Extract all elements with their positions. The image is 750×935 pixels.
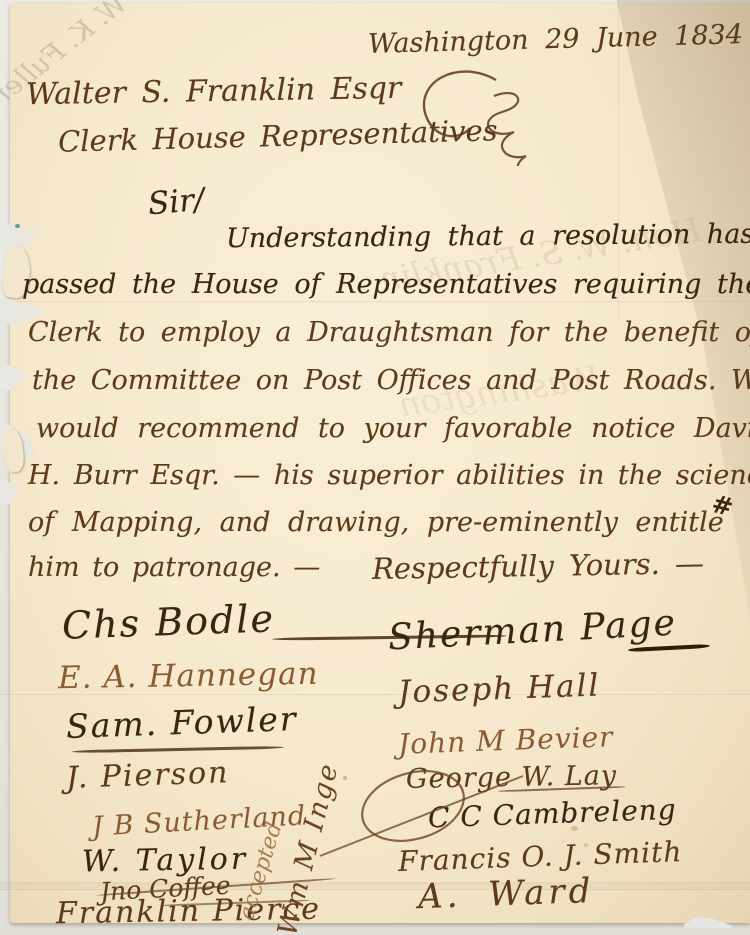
- body-line-1: Understanding that a resolution has: [226, 219, 750, 255]
- scan-background: W. K. Fuller Hon. W. S. Franklin Washing…: [0, 0, 750, 935]
- teal-fiber-speck: [15, 224, 20, 228]
- salutation: Sir/: [147, 182, 206, 223]
- closing-line: Respectfully Yours. —: [372, 546, 705, 586]
- signature-sam-fowler: Sam. Fowler: [65, 699, 298, 746]
- recipient-name-line: Walter S. Franklin Esqr: [26, 71, 402, 113]
- signature-joseph-hall: Joseph Hall: [397, 667, 600, 710]
- signature-ea-hannegan: E. A. Hannegan: [58, 656, 319, 697]
- pen-flourish-oval: [318, 748, 528, 863]
- body-line-3: Clerk to employ a Draughtsman for the be…: [28, 317, 750, 348]
- body-line-5: would recommend to your favorable notice…: [36, 413, 750, 444]
- body-line-4: the Committee on Post Offices and Post R…: [32, 365, 750, 396]
- signature-chs-bodle: Chs Bodle: [61, 596, 275, 647]
- body-line-7: of Mapping, and drawing, pre-eminently e…: [28, 507, 724, 538]
- fold-crease-top: [0, 301, 750, 303]
- signature-a-ward: A. Ward: [417, 871, 595, 917]
- signature-j-pierson: J. Pierson: [65, 755, 230, 796]
- body-line-2: passed the House of Representatives requ…: [22, 269, 750, 300]
- pen-flourish-recipient: [398, 66, 528, 166]
- body-line-8: him to patronage. —: [28, 552, 320, 583]
- body-line-6: H. Burr Esqr. — his superior abilities i…: [28, 460, 750, 491]
